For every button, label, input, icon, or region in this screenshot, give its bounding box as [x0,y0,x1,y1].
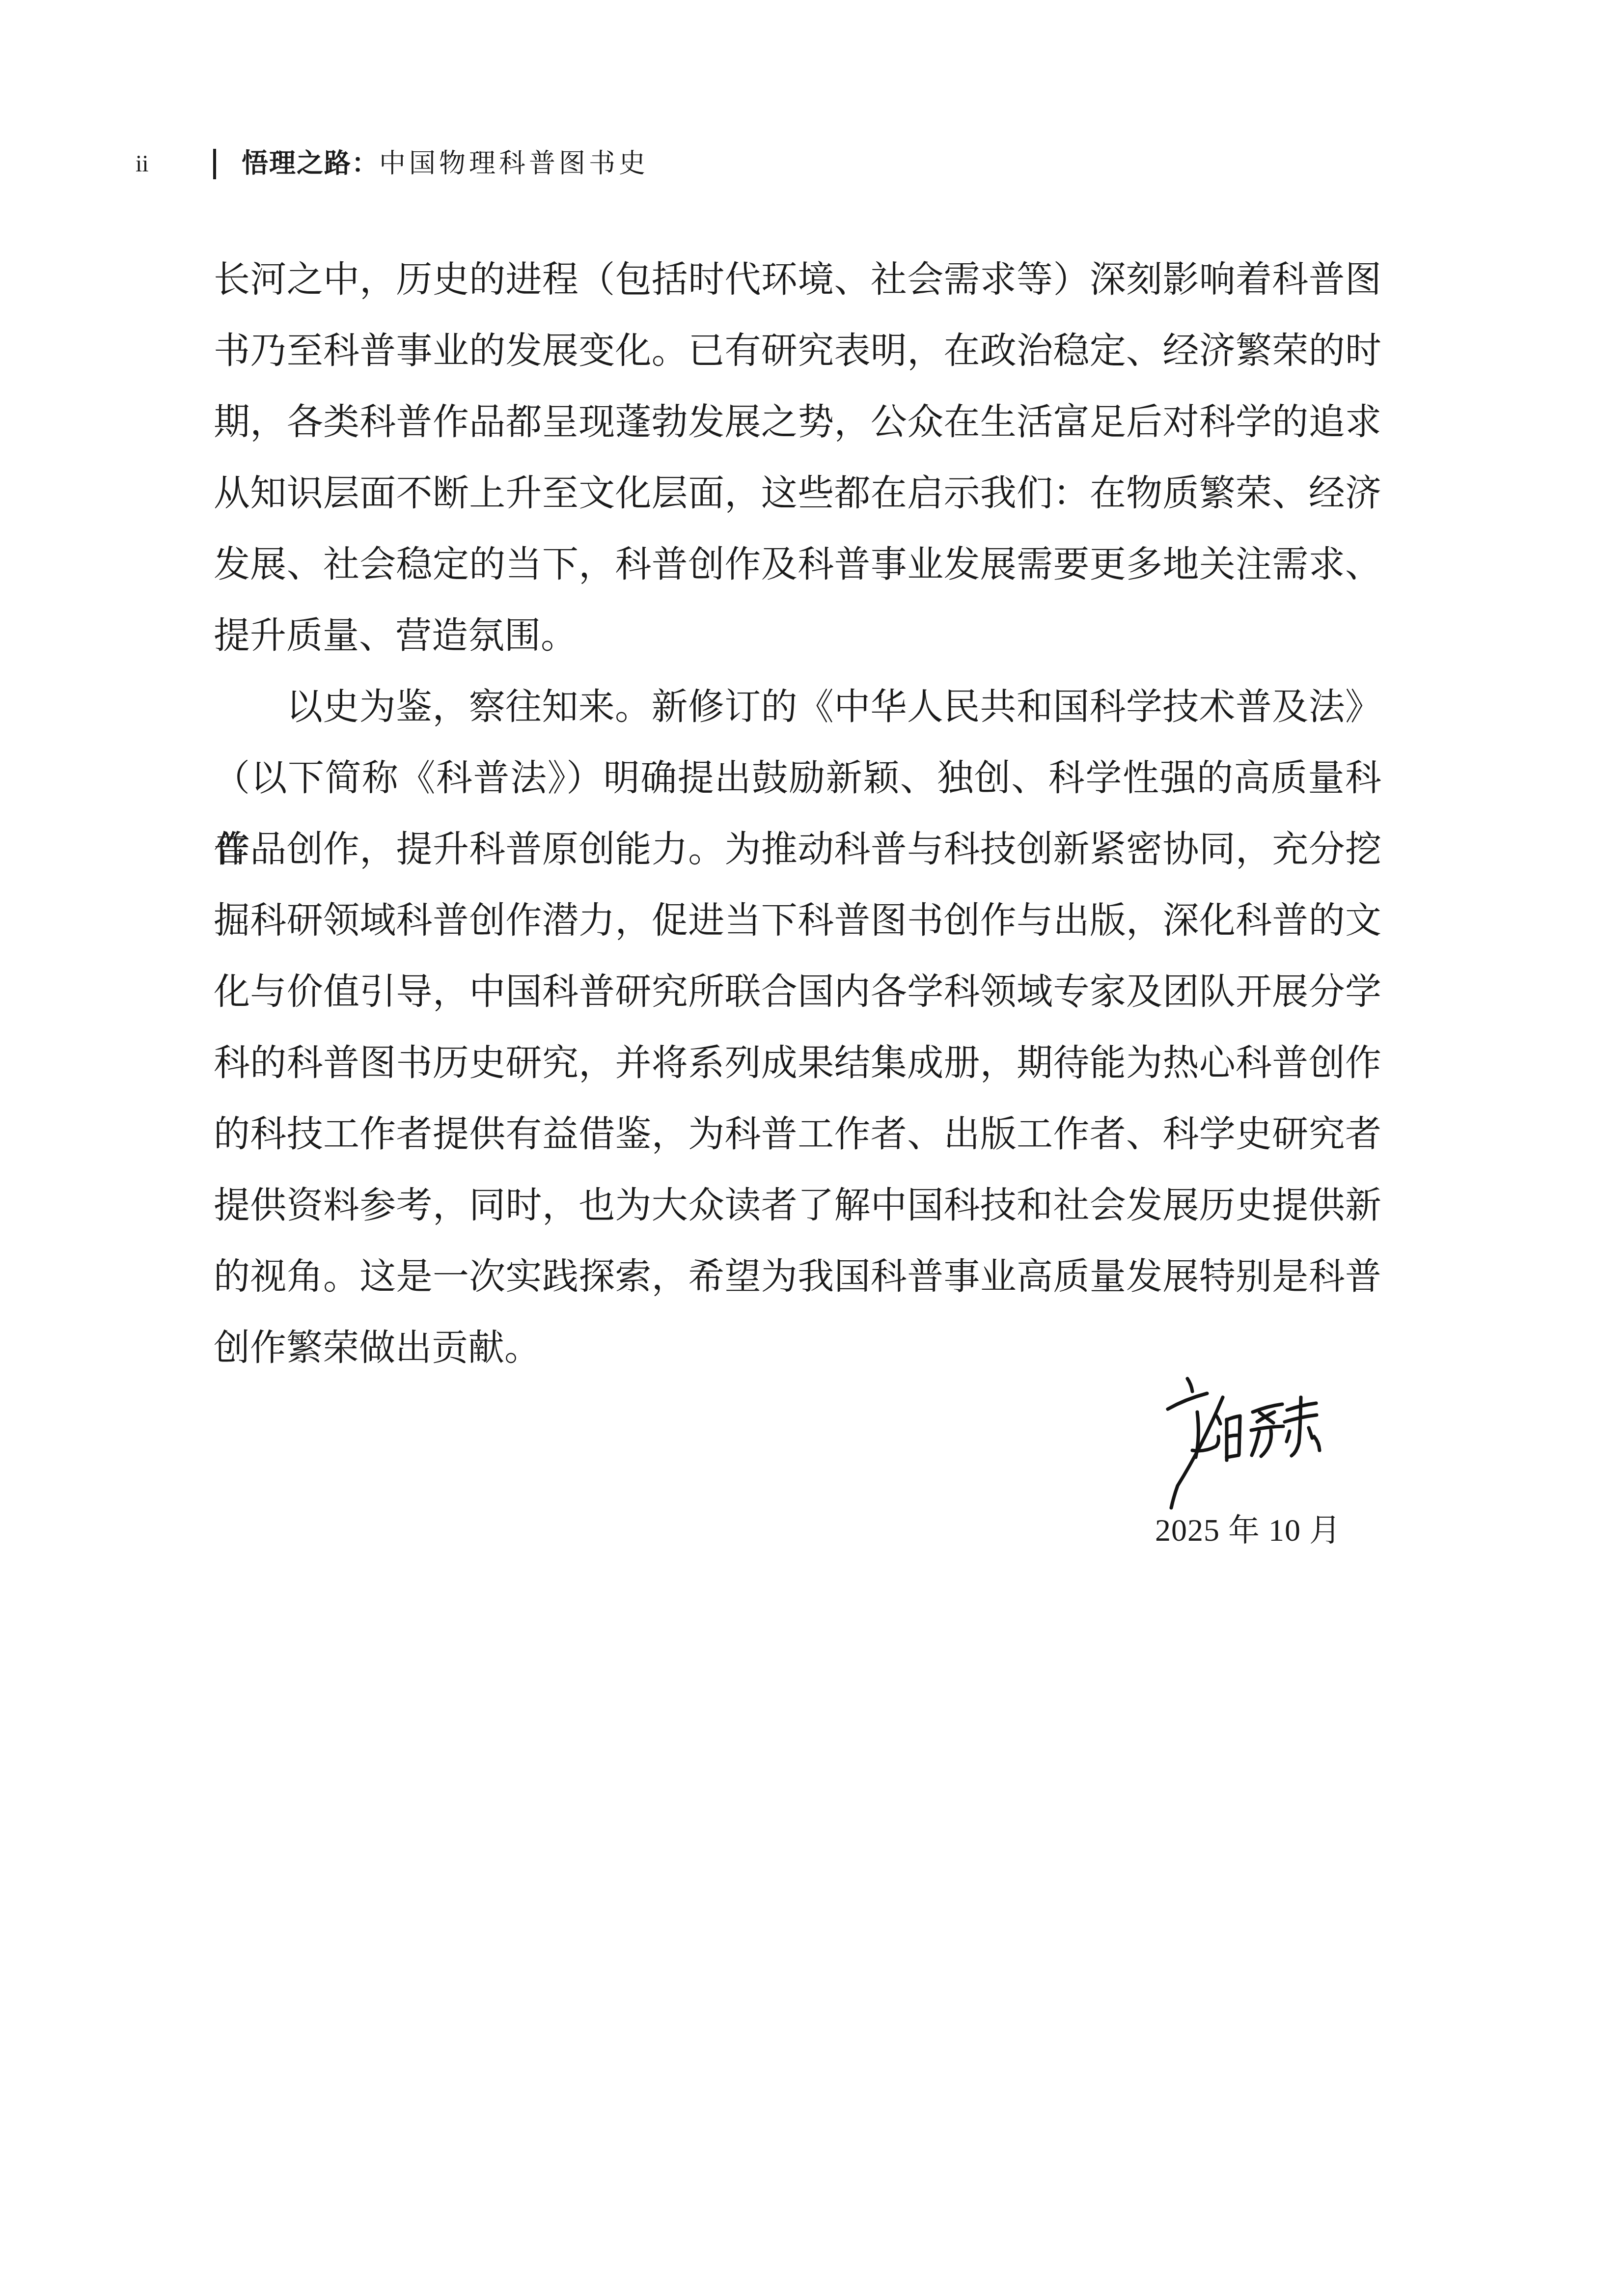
text-line: 的科技工作者提供有益借鉴，为科普工作者、出版工作者、科学史研究者 [214,1099,1381,1170]
text-line: 期，各类科普作品都呈现蓬勃发展之势，公众在生活富足后对科学的追求 [214,387,1381,458]
book-page: ii 悟理之路：中国物理科普图书史 长河之中，历史的进程（包括时代环境、社会需求… [0,0,1624,2274]
book-title-emphasis: 悟理之路： [242,149,379,178]
text-line: 掘科研领域科普创作潜力，促进当下科普图书创作与出版，深化科普的文 [214,886,1381,957]
text-line: 科的科普图书历史研究，并将系列成果结集成册，期待能为热心科普创作 [214,1028,1381,1099]
text-line: 发展、社会稳定的当下，科普创作及科普事业发展需要更多地关注需求、 [214,529,1381,601]
text-line: 提供资料参考，同时，也为大众读者了解中国科技和社会发展历史提供新 [214,1170,1381,1242]
text-line: 作品创作，提升科普原创能力。为推动科普与科技创新紧密协同，充分挖 [214,814,1381,886]
signoff-date: 2025 年 10 月 [1155,1512,1341,1550]
text-line: 长河之中，历史的进程（包括时代环境、社会需求等）深刻影响着科普图 [214,245,1381,316]
text-line: 以史为鉴，察往知来。新修订的《中华人民共和国科学技术普及法》 [214,672,1381,743]
text-line: 提升质量、营造氛围。 [214,601,1381,672]
header-divider [213,149,216,179]
text-line: （以下简称《科普法》）明确提出鼓励新颖、独创、科学性强的高质量科普 [214,743,1381,814]
preface-body: 长河之中，历史的进程（包括时代环境、社会需求等）深刻影响着科普图 书乃至科普事业… [214,245,1381,1384]
page-number: ii [136,151,149,177]
signature-strokes [1163,1373,1330,1520]
running-header-title: 悟理之路：中国物理科普图书史 [242,148,649,179]
handwritten-signature [1163,1373,1330,1520]
text-line: 化与价值引导，中国科普研究所联合国内各学科领域专家及团队开展分学 [214,957,1381,1028]
text-line: 的视角。这是一次实践探索，希望为我国科普事业高质量发展特别是科普 [214,1242,1381,1313]
text-line: 书乃至科普事业的发展变化。已有研究表明，在政治稳定、经济繁荣的时 [214,316,1381,387]
book-title-rest: 中国物理科普图书史 [379,149,649,178]
text-line: 从知识层面不断上升至文化层面，这些都在启示我们：在物质繁荣、经济 [214,458,1381,529]
